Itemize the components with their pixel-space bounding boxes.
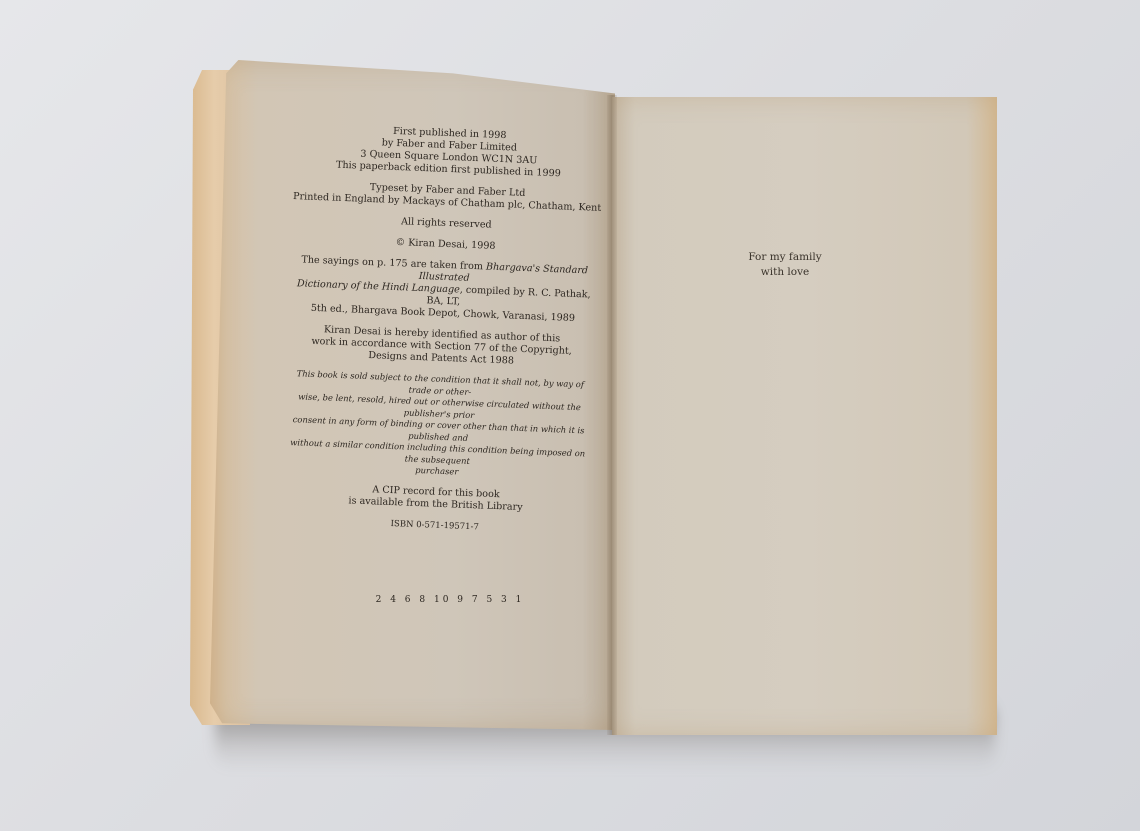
sayings-text: The sayings on p. 175 are taken from: [301, 254, 486, 272]
right-page-dedication: [612, 97, 997, 735]
rights-line: All rights reserved: [291, 212, 601, 236]
cip-record: A CIP record for this book is available …: [280, 480, 591, 516]
book-gutter: [607, 95, 617, 735]
dedication-line: with love: [710, 265, 860, 280]
isbn-line: ISBN 0-571-19571-7: [280, 513, 590, 537]
author-identification: Kiran Desai is hereby identified as auth…: [286, 323, 597, 371]
copyright-text: First published in 1998 by Faber and Fab…: [279, 122, 605, 546]
printing-info: Typeset by Faber and Faber Ltd Printed i…: [292, 179, 603, 215]
legal-notice: This book is sold subject to the conditi…: [282, 368, 596, 483]
sayings-credit: The sayings on p. 175 are taken from Bha…: [288, 254, 600, 326]
copyright-info: © Kiran Desai, 1998: [290, 233, 600, 257]
rights-info: All rights reserved: [291, 212, 601, 236]
dedication: For my family with love: [710, 250, 860, 280]
copyright-line: © Kiran Desai, 1998: [290, 233, 600, 257]
dedication-line: For my family: [710, 250, 860, 265]
printing-number-line: 2 4 6 8 10 9 7 5 3 1: [370, 594, 530, 606]
print-line: 2 4 6 8 10 9 7 5 3 1: [370, 594, 530, 606]
isbn: ISBN 0-571-19571-7: [280, 513, 590, 537]
